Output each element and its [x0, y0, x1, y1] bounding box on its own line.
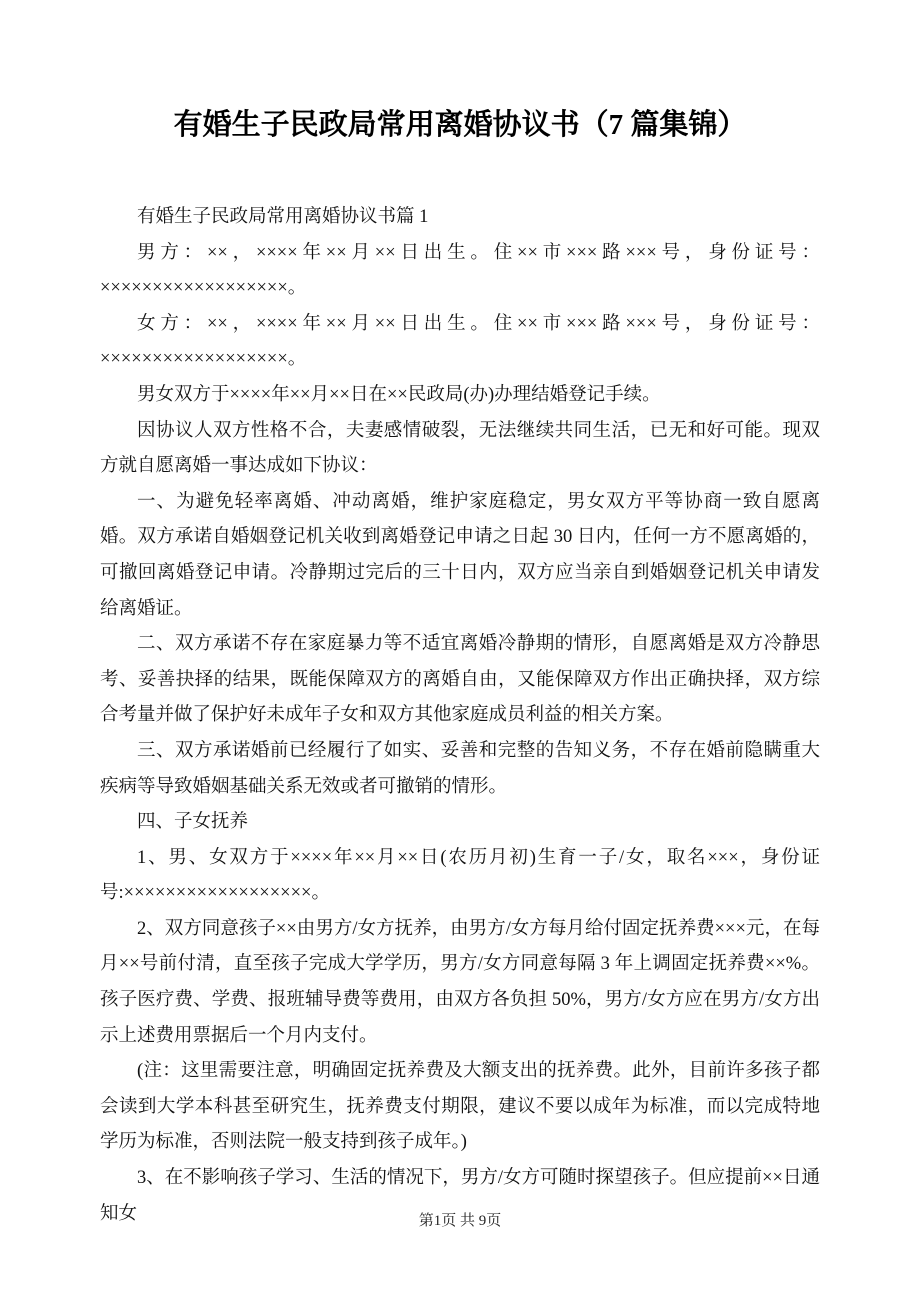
page-footer: 第1页 共 9页	[0, 1209, 920, 1230]
document-title: 有婚生子民政局常用离婚协议书（7 篇集锦）	[0, 0, 920, 144]
paragraph-child-support: 2、双方同意孩子××由男方/女方抚养，由男方/女方每月给付固定抚养费×××元，在…	[100, 912, 820, 1054]
paragraph-female-party-info: 女方：××，××××年××月××日出生。住××市×××路×××号，身份证号：××…	[100, 307, 820, 378]
paragraph-support-note: (注：这里需要注意，明确固定抚养费及大额支出的抚养费。此外，目前许多孩子都会读到…	[100, 1054, 820, 1161]
paragraph-clause-2-cooling-off: 二、双方承诺不存在家庭暴力等不适宜离婚冷静期的情形，自愿离婚是双方冷静思考、妥善…	[100, 627, 820, 734]
paragraph-clause-4-child-custody-heading: 四、子女抚养	[100, 805, 820, 841]
section-heading: 有婚生子民政局常用离婚协议书篇 1	[100, 200, 820, 236]
document-body: 有婚生子民政局常用离婚协议书篇 1 男方：××，××××年××月××日出生。住×…	[100, 200, 820, 1232]
paragraph-clause-1-voluntary-divorce: 一、为避免轻率离婚、冲动离婚，维护家庭稳定，男女双方平等协商一致自愿离婚。双方承…	[100, 485, 820, 627]
paragraph-marriage-registration: 男女双方于××××年××月××日在××民政局(办)办理结婚登记手续。	[100, 378, 820, 414]
paragraph-child-info: 1、男、女双方于××××年××月××日(农历月初)生育一子/女，取名×××，身份…	[100, 841, 820, 912]
paragraph-male-party-info: 男方：××，××××年××月××日出生。住××市×××路×××号，身份证号：××…	[100, 236, 820, 307]
paragraph-divorce-reason: 因协议人双方性格不合，夫妻感情破裂，无法继续共同生活，已无和好可能。现双方就自愿…	[100, 414, 820, 485]
document-page: 有婚生子民政局常用离婚协议书（7 篇集锦） 有婚生子民政局常用离婚协议书篇 1 …	[0, 0, 920, 1302]
paragraph-clause-3-disclosure: 三、双方承诺婚前已经履行了如实、妥善和完整的告知义务，不存在婚前隐瞒重大疾病等导…	[100, 734, 820, 805]
page-number-text: 第1页 共 9页	[419, 1213, 502, 1229]
